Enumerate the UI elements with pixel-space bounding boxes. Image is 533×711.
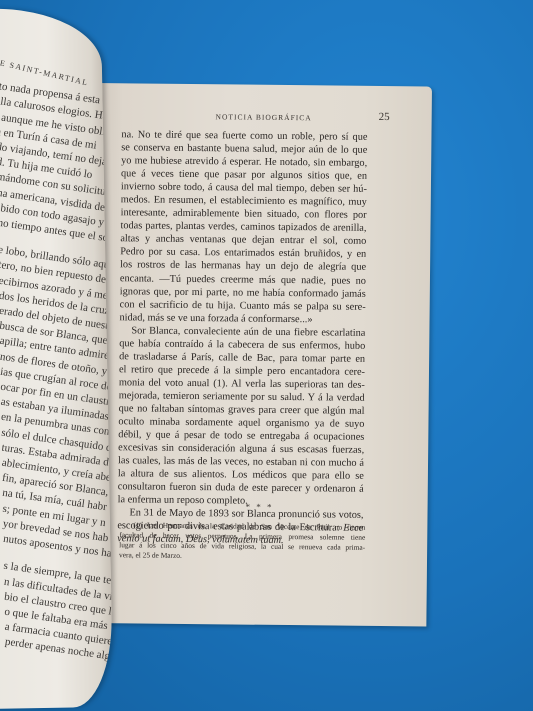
- body-text: na. No te diré que sea fuerte como un ro…: [117, 128, 367, 548]
- page-number: 25: [379, 111, 390, 123]
- page-header: NOTICIA BIOGRÁFICA 25: [96, 108, 432, 126]
- footnote: (1) Las Hermanas de la Caridad de San Vi…: [119, 520, 365, 563]
- right-book-page: NOTICIA BIOGRÁFICA 25 na. No te diré que…: [90, 83, 432, 626]
- left-book-page-curled: DE SAINT-MARTIAL rto nada propensa á est…: [0, 7, 113, 709]
- left-page-text: DE SAINT-MARTIAL rto nada propensa á est…: [0, 51, 113, 650]
